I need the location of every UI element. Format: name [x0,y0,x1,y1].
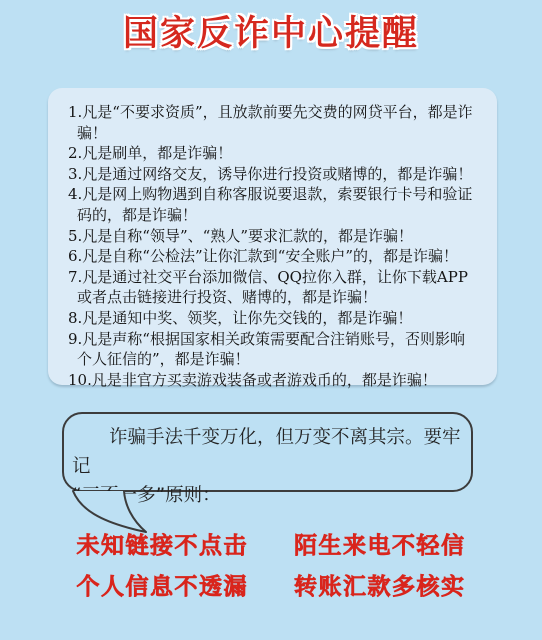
poster-title: 国家反诈中心提醒 [0,6,542,56]
notice-item: 8.凡是通知中奖、领奖，让你先交钱的，都是诈骗！ [68,308,479,329]
notice-item: 7.凡是通过社交平台添加微信、QQ拉你入群，让你下载APP或者点击链接进行投资、… [68,267,479,308]
notice-item: 5.凡是自称“领导”、“熟人”要求汇款的，都是诈骗！ [68,226,479,247]
slogan-text: 陌生来电不轻信 [294,527,466,560]
notice-item: 1.凡是“不要求资质”，且放款前要先交费的网贷平台，都是诈骗！ [68,102,479,143]
slogan-grid: 未知链接不点击 陌生来电不轻信 个人信息不透漏 转账汇款多核实 [0,527,542,601]
speech-bubble: 诈骗手法千变万化，但万变不离其宗。要牢记 “三不一多”原则： [62,412,473,492]
notice-item: 4.凡是网上购物遇到自称客服说要退款，索要银行卡号和验证码的，都是诈骗！ [68,184,479,225]
notice-item: 2.凡是刷单，都是诈骗！ [68,143,479,164]
notice-item: 9.凡是声称“根据国家相关政策需要配合注销账号，否则影响个人征信的”，都是诈骗！ [68,329,479,370]
notice-panel: 1.凡是“不要求资质”，且放款前要先交费的网贷平台，都是诈骗！ 2.凡是刷单，都… [48,88,497,385]
notice-item: 6.凡是自称“公检法”让你汇款到“安全账户”的，都是诈骗！ [68,246,479,267]
notice-item: 3.凡是通过网络交友，诱导你进行投资或赌博的，都是诈骗！ [68,164,479,185]
slogan-row: 未知链接不点击 陌生来电不轻信 [77,527,466,560]
slogan-text: 未知链接不点击 [77,527,249,560]
slogan-row: 个人信息不透漏 转账汇款多核实 [77,568,466,601]
anti-fraud-poster: 国家反诈中心提醒 1.凡是“不要求资质”，且放款前要先交费的网贷平台，都是诈骗！… [0,0,542,640]
notice-item: 10.凡是非官方买卖游戏装备或者游戏币的，都是诈骗！ [68,370,479,391]
slogan-text: 转账汇款多核实 [294,568,466,601]
bubble-text-line: 诈骗手法千变万化，但万变不离其宗。要牢记 [72,423,461,481]
slogan-text: 个人信息不透漏 [77,568,249,601]
